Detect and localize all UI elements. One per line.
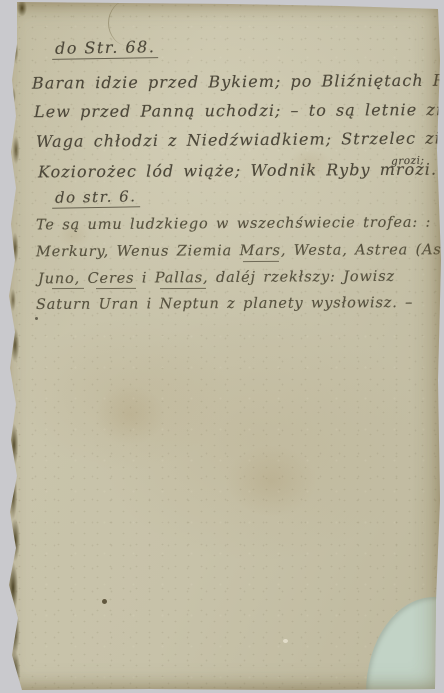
verse1-line-1: Baran idzie przed Bykiem; po Bliźniętach… — [32, 70, 444, 92]
verse2-line-3: Juno, Ceres i Pallas, daléj rzekłszy: Jo… — [38, 269, 395, 287]
underline-juno — [52, 288, 84, 289]
verse1-line-3: Waga chłodzi z Niedźwiadkiem; Strzelec z… — [36, 128, 444, 151]
stain — [225, 445, 317, 517]
scanner-background: do Str. 68. Baran idzie przed Bykiem; po… — [0, 0, 444, 693]
stain — [95, 385, 165, 445]
verse2-line-4: Saturn Uran i Neptun z planety wysłowisz… — [36, 295, 413, 313]
page-reference-heading-top: do Str. 68. — [52, 37, 159, 60]
verse1-line-2: Lew przed Panną uchodzi; – to są letnie … — [34, 100, 444, 121]
verse1-line-4: Koziorożec lód wiąże; Wodnik Ryby mrozi. — [38, 160, 437, 182]
verse2-line-2: Merkury, Wenus Ziemia Mars, Westa, Astre… — [36, 242, 444, 260]
ink-dot — [35, 317, 38, 320]
manuscript-page: do Str. 68. Baran idzie przed Bykiem; po… — [0, 0, 444, 693]
verse2-line-1: Te są umu ludzkiego w wszechświecie trof… — [36, 215, 431, 234]
torn-binding-edge — [0, 0, 34, 693]
page-reference-heading-mid: do str. 6. — [52, 187, 140, 209]
ink-speck — [102, 599, 107, 604]
underline-westa — [243, 261, 279, 262]
paper-speck — [283, 639, 288, 643]
